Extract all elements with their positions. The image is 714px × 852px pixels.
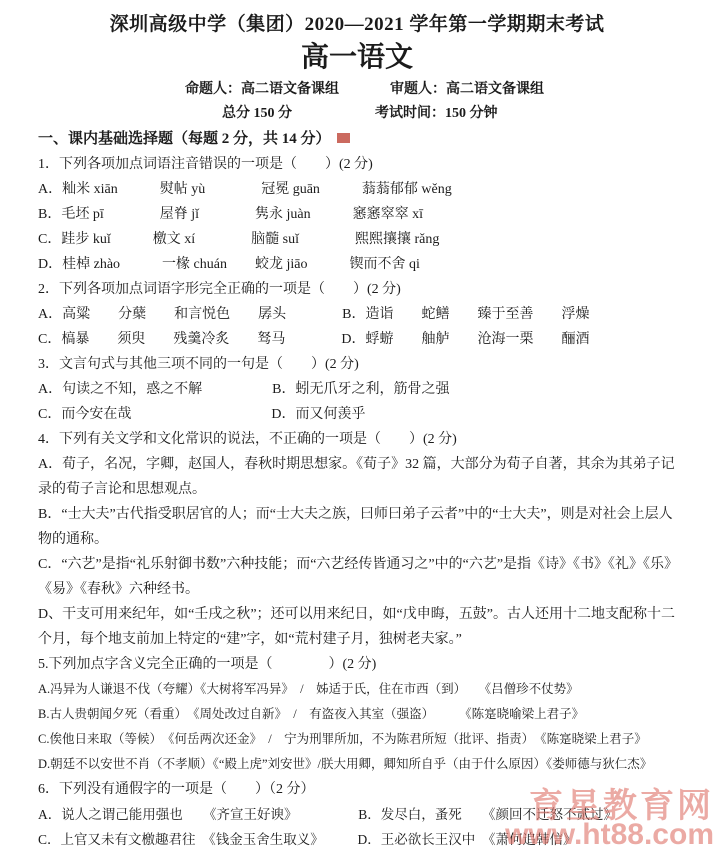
question-5: 5.下列加点字含义完全正确的一项是（ ）(2 分) A.冯异为人谦退不伐（夸耀）…	[0, 652, 714, 777]
question-2: 2．下列各项加点词语字形完全正确的一项是（ ）(2 分) A．高粱 分蘖 和言悦…	[0, 277, 714, 352]
question-1: 1．下列各项加点词语注音错误的一项是（ ）(2 分) A．籼米 xiān 熨帖 …	[0, 152, 714, 277]
question-stem: 5.下列加点字含义完全正确的一项是（ ）(2 分)	[0, 652, 714, 677]
option-line: C．跬步 kuǐ 檄文 xí 脑髓 suǐ 熙熙攘攘 rǎng	[0, 227, 714, 252]
option-line: D.朝廷不以安世不肖（不孝顺）《“殿上虎”刘安世》/朕大用卿，卿知所自乎（由于什…	[0, 752, 714, 777]
option-line: A．句读之不知，惑之不解 B．蚓无爪牙之利，筋骨之强	[0, 377, 714, 402]
exam-duration-label: 考试时间：150 分钟	[375, 102, 498, 126]
option-paragraph: B．“士大夫”古代指受职居官的人；而“士大夫之族，曰师曰弟子云者”中的“士大夫”…	[0, 502, 714, 552]
question-stem: 4．下列有关文学和文化常识的说法，不正确的一项是（ ）(2 分)	[0, 427, 714, 452]
section-heading: 一、课内基础选择题（每题 2 分，共 14 分）	[0, 126, 714, 152]
option-line: D．桂棹 zhào 一椽 chuán 蛟龙 jiāo 锲而不舍 qi	[0, 252, 714, 277]
exam-title: 深圳高级中学（集团）2020—2021 学年第一学期期末考试	[0, 12, 714, 38]
question-stem: 3．文言句式与其他三项不同的一句是（ ）(2 分)	[0, 352, 714, 377]
option-line: A．籼米 xiān 熨帖 yù 冠冕 guān 蓊蓊郁郁 wěng	[0, 177, 714, 202]
question-stem: 6．下列没有通假字的一项是（ ）（2 分）	[0, 777, 714, 802]
option-line: B.古人贵朝闻夕死（看重） 《周处改过自新》 / 有盗夜入其室（强盗） 《陈寔晓…	[0, 702, 714, 727]
option-line: A．说人之谓己能用强也 《齐宣王好谀》 B．发尽白，蚤死 《颜回不迁怒不贰过》	[0, 802, 714, 827]
exam-info-row-1: 命题人：高二语文备课组 审题人：高二语文备课组	[0, 78, 714, 102]
highlight-box	[337, 133, 350, 143]
total-score-label: 总分 150 分	[222, 102, 375, 126]
option-line: C．上官又未有文檄趣君往 《钱金玉舍生取义》 D．王必欲长王汉中 《萧何追韩信》	[0, 827, 714, 852]
exam-subject-title: 高一语文	[0, 38, 714, 78]
question-6: 6．下列没有通假字的一项是（ ）（2 分） A．说人之谓己能用强也 《齐宣王好谀…	[0, 777, 714, 852]
option-paragraph: A．荀子，名况，字卿，赵国人，春秋时期思想家。《荀子》32 篇，大部分为荀子自著…	[0, 452, 714, 502]
option-line: C．槁暴 须臾 残羹冷炙 驽马 D．蜉蝣 舳舻 沧海一栗 酾酒	[0, 327, 714, 352]
option-line: B．毛坯 pī 屋脊 jǐ 隽永 juàn 窸窸窣窣 xī	[0, 202, 714, 227]
option-line: C.俟他日来取（等候） 《何岳两次还金》 / 宁为刑罪所加，不为陈君所短（批评、…	[0, 727, 714, 752]
exam-paper-page: 深圳高级中学（集团）2020—2021 学年第一学期期末考试 高一语文 命题人：…	[0, 0, 714, 852]
option-paragraph: D、干支可用来纪年，如“壬戌之秋”；还可以用来纪日，如“戊申晦，五鼓”。古人还用…	[0, 602, 714, 652]
option-paragraph: C．“六艺”是指“礼乐射御书数”六种技能；而“六艺经传皆通习之”中的“六艺”是指…	[0, 552, 714, 602]
question-stem: 2．下列各项加点词语字形完全正确的一项是（ ）(2 分)	[0, 277, 714, 302]
option-line: A．高粱 分蘖 和言悦色 孱头 B．造诣 蛇鳝 臻于至善 浮燥	[0, 302, 714, 327]
question-3: 3．文言句式与其他三项不同的一句是（ ）(2 分) A．句读之不知，惑之不解 B…	[0, 352, 714, 427]
question-stem: 1．下列各项加点词语注音错误的一项是（ ）(2 分)	[0, 152, 714, 177]
exam-info-row-2: 总分 150 分 考试时间：150 分钟	[0, 102, 714, 126]
option-line: C．而今安在哉 D．而又何羡乎	[0, 402, 714, 427]
setter-label: 命题人：高二语文备课组	[185, 78, 390, 102]
reviewer-label: 审题人：高二语文备课组	[390, 78, 544, 102]
option-line: A.冯异为人谦退不伐（夸耀）《大树将军冯异》 / 姊适于氏，住在市西（到） 《吕…	[0, 677, 714, 702]
section-heading-text: 一、课内基础选择题（每题 2 分，共 14 分）	[38, 131, 331, 147]
question-4: 4．下列有关文学和文化常识的说法，不正确的一项是（ ）(2 分) A．荀子，名况…	[0, 427, 714, 652]
